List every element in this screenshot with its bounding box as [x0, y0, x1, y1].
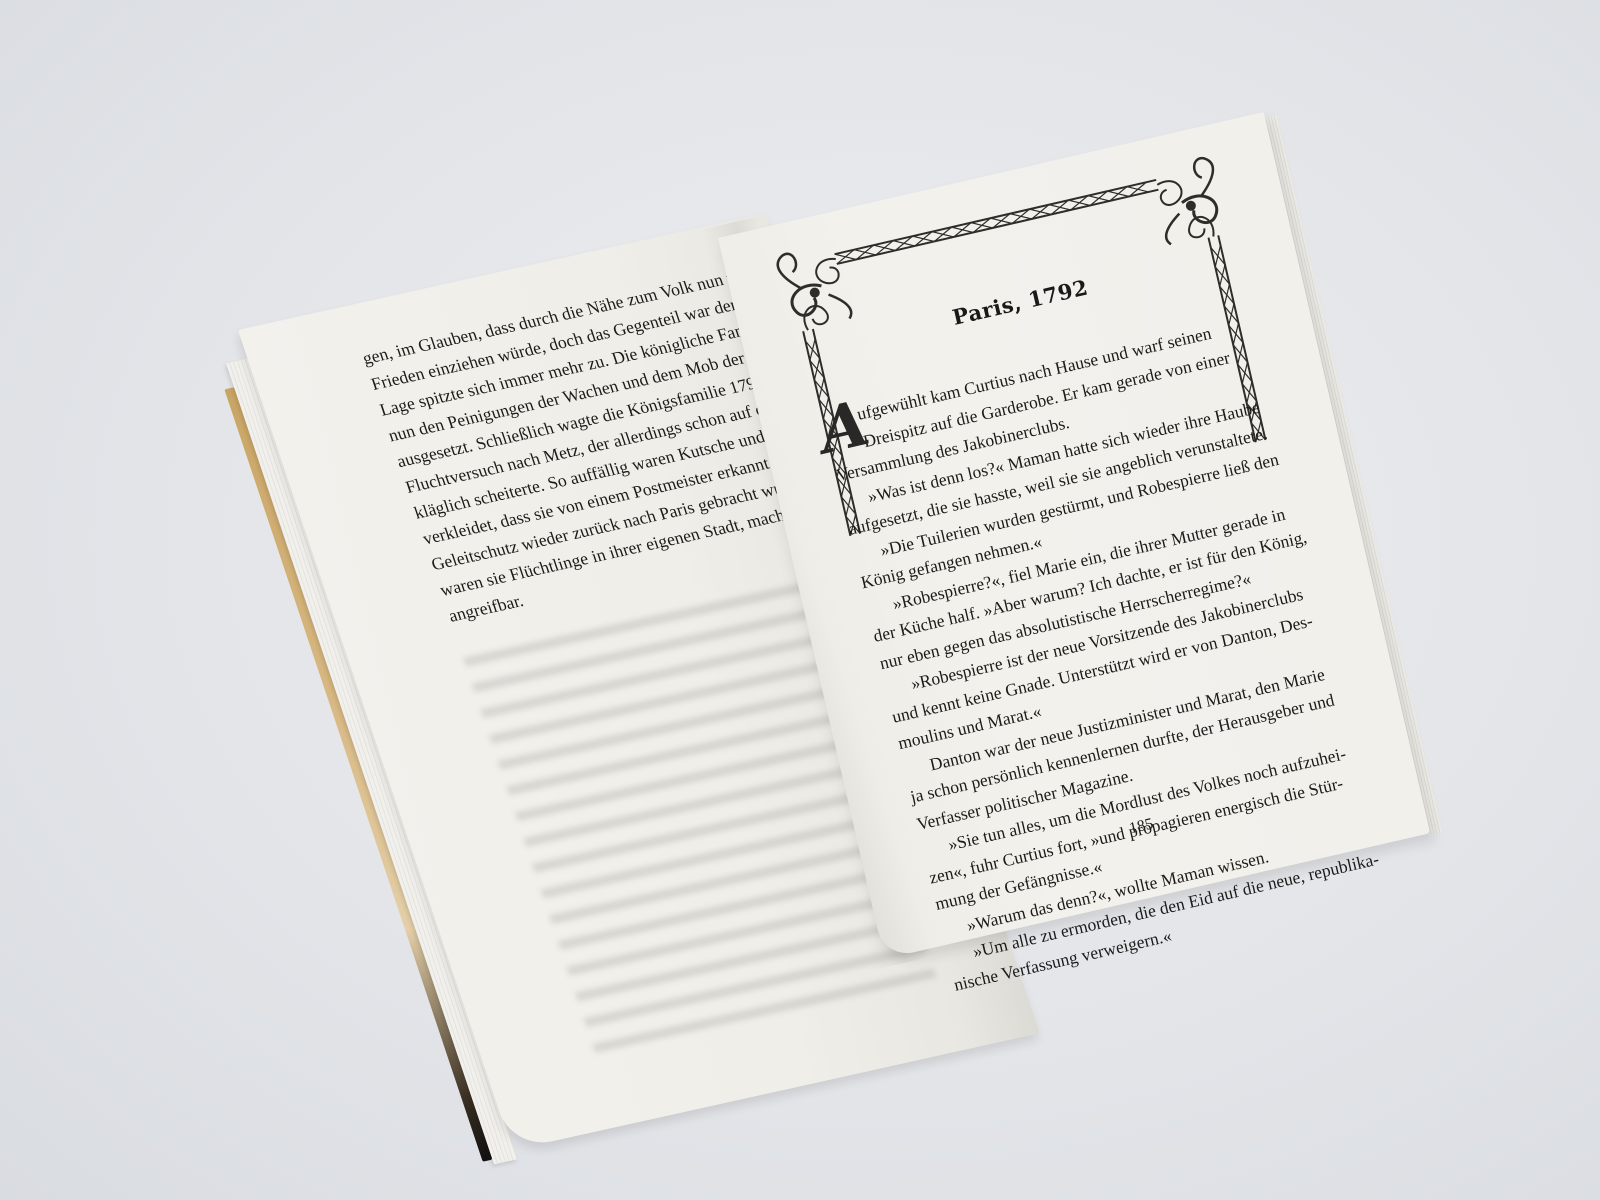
right-page-text: A ufgewühlt kam Curtius nach Hause und w…	[821, 310, 1386, 998]
photo-scene: gen, im Glauben, dass durch die Nähe zum…	[0, 0, 1600, 1200]
